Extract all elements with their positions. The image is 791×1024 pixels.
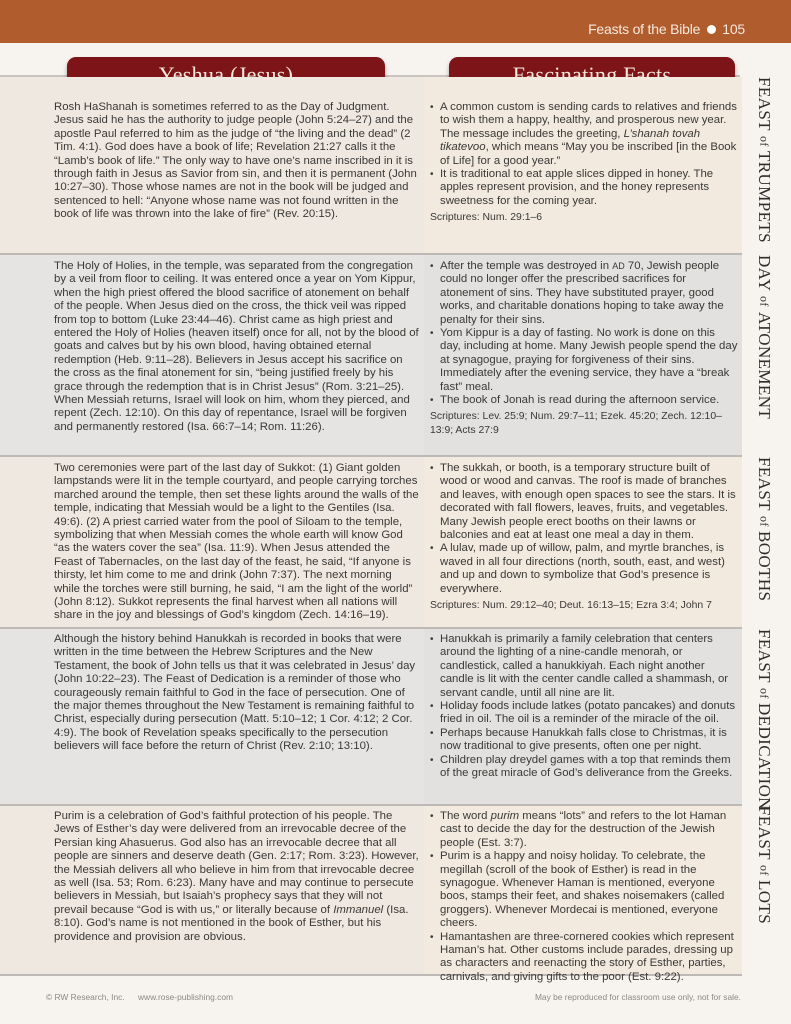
feast-label: FEAST of BOOTHS [744, 457, 784, 627]
fact-item: The word purim means “lots” and refers t… [430, 810, 738, 850]
yeshua-text: Although the history behind Hanukkah is … [54, 633, 419, 754]
feast-label: DAY of ATONEMENT [744, 255, 784, 455]
fact-item: Perhaps because Hanukkah falls close to … [430, 727, 738, 754]
bullet-dot-icon [707, 25, 716, 34]
fact-item: Yom Kippur is a day of fasting. No work … [430, 327, 738, 394]
fact-item: The book of Jonah is read during the aft… [430, 394, 738, 407]
section-feast-of-dedication: Although the history behind Hanukkah is … [0, 629, 742, 806]
running-title: Feasts of the Bible [588, 21, 700, 37]
running-header: Feasts of the Bible 105 [588, 21, 745, 37]
fact-item: It is traditional to eat apple slices di… [430, 168, 738, 208]
fact-item: The sukkah, or booth, is a temporary str… [430, 462, 738, 542]
yeshua-cell: Rosh HaShanah is sometimes referred to a… [0, 77, 424, 253]
fact-item: Children play dreydel games with a top t… [430, 754, 738, 781]
facts-text: A common custom is sending cards to rela… [430, 101, 738, 225]
section-feast-of-trumpets: Rosh HaShanah is sometimes referred to a… [0, 77, 742, 255]
scripture-references: Scriptures: Lev. 25:9; Num. 29:7–11; Eze… [430, 410, 738, 437]
feast-label: FEAST of DEDICATION [744, 629, 784, 804]
facts-cell: Hanukkah is primarily a family celebrati… [424, 629, 742, 804]
scripture-references: Scriptures: Num. 29:1–6 [430, 211, 738, 224]
facts-text: Hanukkah is primarily a family celebrati… [430, 633, 738, 780]
running-header-bar: Feasts of the Bible 105 [0, 0, 791, 43]
facts-cell: After the temple was destroyed in AD 70,… [424, 255, 742, 455]
yeshua-cell: Two ceremonies were part of the last day… [0, 457, 424, 627]
fact-item: A common custom is sending cards to rela… [430, 101, 738, 168]
feast-label: FEAST of LOTS [744, 806, 784, 974]
scripture-references: Scriptures: Num. 29:12–40; Deut. 16:13–1… [430, 599, 738, 612]
fact-item: After the temple was destroyed in AD 70,… [430, 260, 738, 327]
footer-copyright: © RW Research, Inc. [46, 992, 125, 1002]
yeshua-cell: Although the history behind Hanukkah is … [0, 629, 424, 804]
yeshua-text: Purim is a celebration of God’s faithful… [54, 810, 419, 944]
facts-text: The word purim means “lots” and refers t… [430, 810, 738, 984]
fact-item: Hamantashen are three-cornered cookies w… [430, 931, 738, 985]
section-feast-of-booths: Two ceremonies were part of the last day… [0, 457, 742, 629]
facts-cell: The word purim means “lots” and refers t… [424, 806, 742, 974]
fact-item: Purim is a happy and noisy holiday. To c… [430, 850, 738, 930]
fact-item: Holiday foods include latkes (potato pan… [430, 700, 738, 727]
footer-rights-notice: May be reproduced for classroom use only… [535, 992, 741, 1002]
feast-label: FEAST of TRUMPETS [744, 77, 784, 253]
footer-website-link[interactable]: www.rose-publishing.com [138, 992, 233, 1002]
yeshua-text: Two ceremonies were part of the last day… [54, 462, 419, 623]
facts-cell: A common custom is sending cards to rela… [424, 77, 742, 253]
yeshua-cell: The Holy of Holies, in the temple, was s… [0, 255, 424, 455]
page-number: 105 [722, 21, 745, 37]
facts-text: The sukkah, or booth, is a temporary str… [430, 462, 738, 612]
section-day-of-atonement: The Holy of Holies, in the temple, was s… [0, 255, 742, 457]
fact-item: Hanukkah is primarily a family celebrati… [430, 633, 738, 700]
facts-cell: The sukkah, or booth, is a temporary str… [424, 457, 742, 627]
facts-text: After the temple was destroyed in AD 70,… [430, 260, 738, 437]
section-feast-of-lots: Purim is a celebration of God’s faithful… [0, 806, 742, 976]
yeshua-text: Rosh HaShanah is sometimes referred to a… [54, 101, 419, 222]
fact-item: A lulav, made up of willow, palm, and my… [430, 542, 738, 596]
yeshua-cell: Purim is a celebration of God’s faithful… [0, 806, 424, 974]
yeshua-text: The Holy of Holies, in the temple, was s… [54, 260, 419, 434]
